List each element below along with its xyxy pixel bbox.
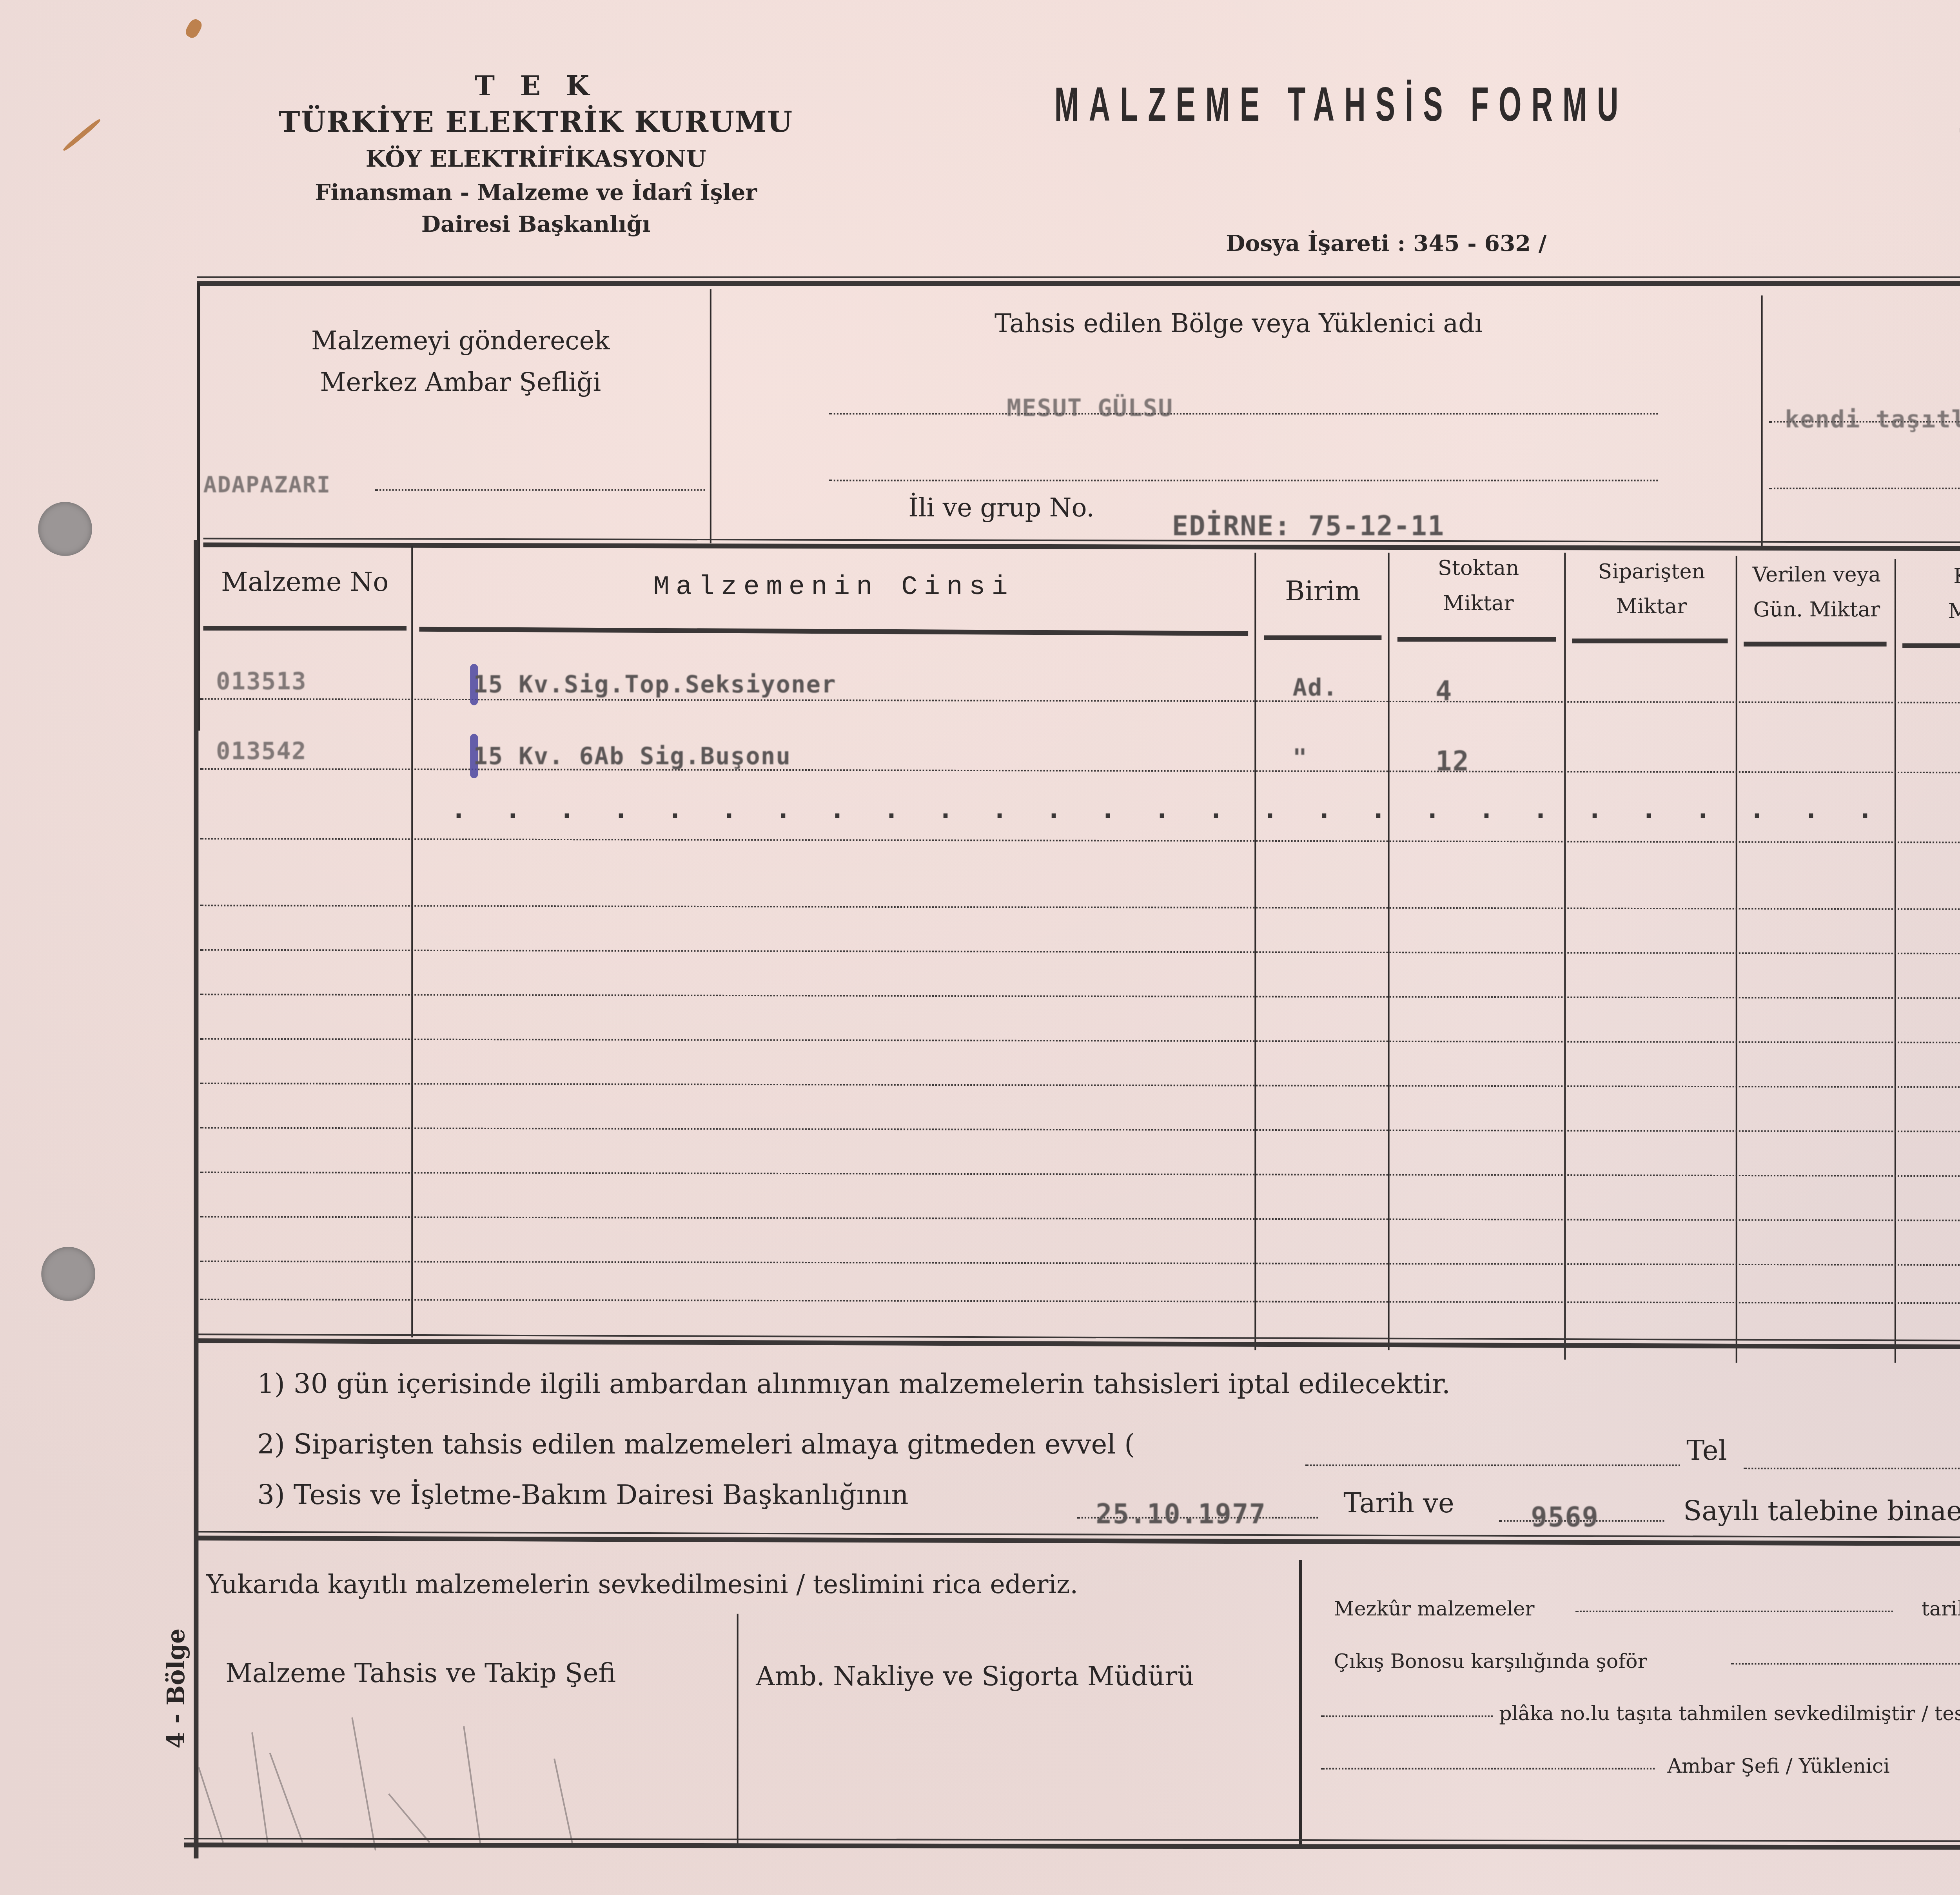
request-date-value[interactable]: 25.10.1977 [1096,1499,1266,1531]
signature-divider [737,1614,739,1844]
scanned-form-page: T E K TÜRKİYE ELEKTRİK KURUMU KÖY ELEKTR… [0,0,1960,1894]
sender-warehouse[interactable]: ADAPAZARI [203,473,331,499]
header-rule [1744,642,1887,647]
note-2-prefix: 2) Siparişten tahsis edilen malzemeleri … [257,1430,1135,1461]
row-line [200,1127,1960,1133]
sender-label: Malzemeyi gönderecek Merkez Ambar Şefliğ… [254,321,667,403]
description-cell[interactable]: 15 Kv. 6Ab Sig.Buşonu [473,742,791,770]
row-line [200,949,1960,956]
side-label-container: 4 - Bölge [159,1604,191,1779]
col-header-remaining-qty-1: KalanMiktar [1898,561,1960,630]
recipient-field-line [829,413,1658,414]
col-divider [411,547,413,1337]
form-title: MALZEME TAHSİS FORMU [1054,80,1628,134]
header-rule [1397,637,1556,641]
note-1: 1) 30 gün içerisinde ilgili ambardan alı… [257,1369,1450,1401]
rust-stain [183,17,204,40]
shipment-line-2: Çıkış Bonosu karşılığında şoför idaresin… [1334,1634,1960,1687]
frame-bottom-rule [184,1838,1960,1850]
row-line [200,1083,1960,1089]
request-number-value[interactable]: 9569 [1531,1503,1599,1534]
note-2: 2) Siparişten tahsis edilen malzemeleri … [257,1430,1135,1461]
division-name: KÖY ELEKTRİFİKASYONU [254,143,818,178]
province-label: İli ve grup No. [908,492,1094,523]
row-line [200,994,1960,1000]
row-line [200,1038,1960,1045]
side-label: 4 - Bölge [162,1601,191,1776]
punch-hole [38,502,92,556]
department-line1: Finansman - Malzeme ve İdarî İşler [254,178,818,210]
frame-left [194,540,198,1858]
col-header-unit: Birim [1258,575,1388,610]
unit-cell[interactable]: " [1293,743,1308,772]
signer-2-title: Amb. Nakliye ve Sigorta Müdürü [756,1661,1194,1692]
row-line [200,905,1960,911]
divider [710,289,711,543]
file-reference: Dosya İşareti : 345 - 632 / [1226,232,1546,257]
request-text: Yukarıda kayıtlı malzemelerin sevkedilme… [207,1569,1078,1599]
contact-phone-field[interactable] [1744,1468,1960,1469]
unit-cell[interactable]: Ad. [1293,674,1338,702]
recipient-field-line-2 [829,480,1658,481]
header-rule [1902,643,1960,648]
org-name: TÜRKİYE ELEKTRİK KURUMU [254,105,818,143]
header-rule [203,626,407,630]
col-header-description: Malzemenin Cinsi [416,572,1251,607]
stock-qty-cell[interactable]: 12 [1436,747,1470,778]
col-header-order-qty: SipariştenMiktar [1567,556,1735,626]
note-2-tel-label: Tel [1686,1436,1727,1468]
sender-label-line2: Merkez Ambar Şefliği [254,362,667,403]
province-group-value[interactable]: EDİRNE: 75-12-11 [1172,511,1445,543]
footer-divider [1299,1560,1302,1846]
shipment-line-3: plâka no.lu taşıta tahmilen sevkedilmişt… [1334,1687,1960,1739]
header-rule [1264,635,1382,640]
shipment-line-1: Mezkûr malzemeler tarih ve sayılı Ambar [1334,1582,1960,1635]
transport-value[interactable]: kendi taşıtlarıyla [1785,405,1960,434]
transport-field-line-2 [1769,488,1960,489]
col-header-given-qty-1: Verilen veyaGün. Miktar [1739,559,1895,629]
row-line [200,1261,1960,1267]
row-line [200,1299,1960,1305]
org-header: T E K TÜRKİYE ELEKTRİK KURUMU KÖY ELEKTR… [254,70,818,242]
row-line [200,1172,1960,1178]
contact-name-field[interactable] [1305,1464,1680,1466]
col-divider [1895,559,1896,1363]
shipment-confirmation: Mezkûr malzemeler tarih ve sayılı Ambar … [1334,1582,1960,1792]
col-divider [1736,556,1737,1363]
header-rule [419,627,1248,636]
notes-bottom-rule [197,1531,1960,1547]
sender-field-line [375,489,705,491]
frame-top-rule [197,276,1960,286]
row-line [200,698,1960,705]
transport-label: Gönderme aracı [1766,314,1960,345]
recipient-label: Tahsis edilen Bölge veya Yüklenici adı [715,308,1763,338]
note-3-suffix: Sayılı talebine binaen düzenlenmiştir. [1683,1496,1960,1528]
row-line [200,768,1960,774]
row-line [200,1216,1960,1222]
table-bottom-rule [197,1334,1960,1351]
header-rule [1572,639,1728,643]
row-line [200,838,1960,844]
signer-1-title: Malzeme Tahsis ve Takip Şefi [225,1658,616,1688]
col-divider [1564,553,1566,1360]
note-3-mid: Tarih ve [1343,1488,1454,1520]
recipient-name[interactable]: MESUT GÜLSU [1007,394,1173,423]
department-line2: Dairesi Başkanlığı [254,210,818,242]
org-abbr: T E K [254,70,818,105]
description-cell[interactable]: 15 Kv.Sig.Top.Seksiyoner [473,670,837,699]
note-3-prefix: 3) Tesis ve İşletme-Bakım Dairesi Başkan… [257,1481,908,1512]
shipment-line-4: Ambar Şefi / Yüklenici [1334,1739,1960,1792]
table-end-marker: . . . . . . . . . . . . . . . . . . . . … [451,794,1884,825]
material-no-cell[interactable]: 013513 [216,667,307,696]
section-rule [203,538,1960,552]
sender-label-line1: Malzemeyi gönderecek [254,321,667,362]
col-header-material-no: Malzeme No [200,565,410,600]
material-no-cell[interactable]: 013542 [216,737,307,766]
stock-qty-cell[interactable]: 4 [1436,677,1453,709]
col-header-stock-qty: StoktanMiktar [1391,553,1566,623]
punch-hole [41,1247,95,1301]
rust-stain [62,118,102,152]
